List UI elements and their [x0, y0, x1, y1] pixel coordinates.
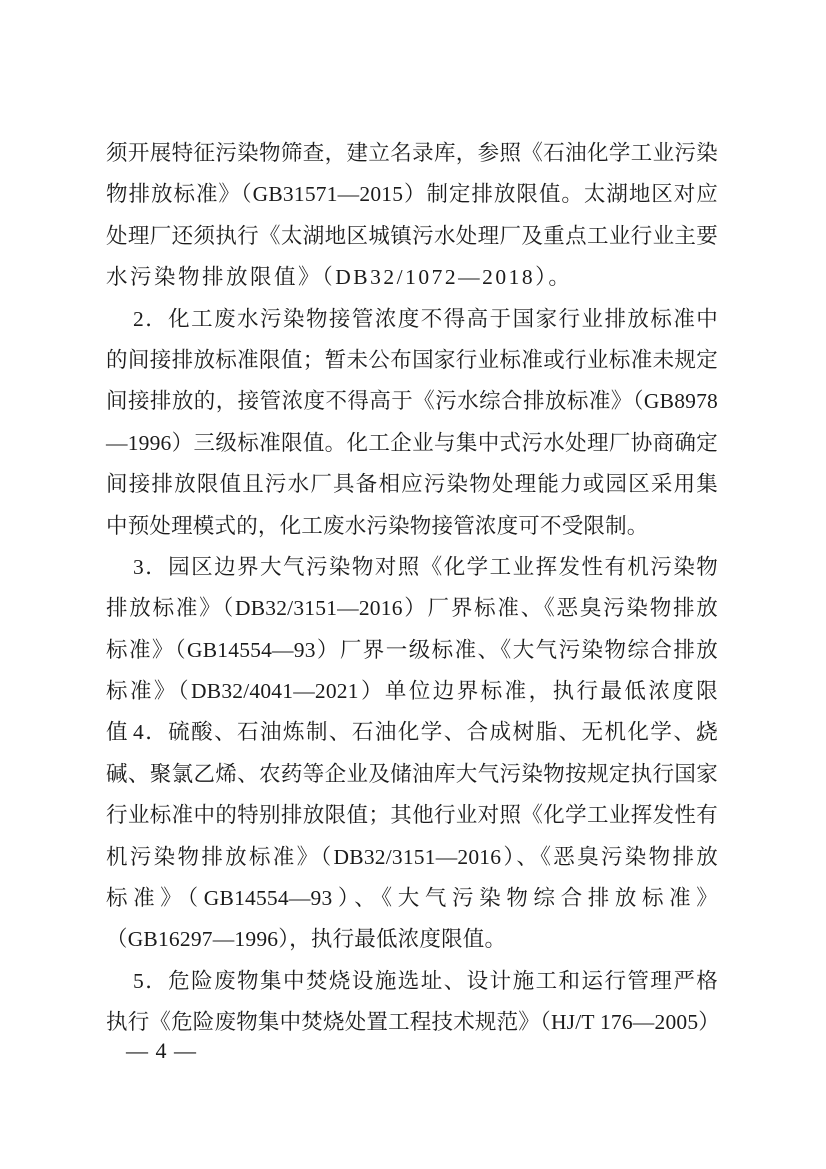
text-line: 水污染物排放限值》（DB32/1072—2018）。	[106, 257, 718, 298]
page-number: — 4 —	[126, 1038, 197, 1064]
document-body-text: 须开展特征污染物筛查，建立名录库，参照《石油化学工业污染 物排放标准》（GB31…	[106, 133, 718, 1044]
paragraph-item-4: 4．硫酸、石油炼制、石油化学、合成树脂、无机化学、烧 碱、聚氯乙烯、农药等企业及…	[106, 712, 718, 960]
text-line: 机污染物排放标准》（DB32/3151—2016）、《恶臭污染物排放	[106, 837, 718, 878]
paragraph-item-2: 2．化工废水污染物接管浓度不得高于国家行业排放标准中 的间接排放标准限值；暂未公…	[106, 299, 718, 547]
text-line: 标准》（GB14554—93）厂界一级标准、《大气污染物综合排放	[106, 630, 718, 671]
text-line: 标准》（GB14554—93）、《大气污染物综合排放标准》	[106, 878, 718, 919]
text-line: 物排放标准》（GB31571—2015）制定排放限值。太湖地区对应	[106, 174, 718, 215]
text-line: 执行《危险废物集中焚烧处置工程技术规范》（HJ/T 176—2005）	[106, 1002, 718, 1043]
text-line: 间接排放限值且污水厂具备相应污染物处理能力或园区采用集	[106, 464, 718, 505]
text-line: 4．硫酸、石油炼制、石油化学、合成树脂、无机化学、烧	[106, 712, 718, 753]
text-line: 排放标准》（DB32/3151—2016）厂界标准、《恶臭污染物排放	[106, 588, 718, 629]
document-page: 须开展特征污染物筛查，建立名录库，参照《石油化学工业污染 物排放标准》（GB31…	[0, 0, 826, 1169]
text-line: 标准》（DB32/4041—2021）单位边界标准，执行最低浓度限值。	[106, 671, 718, 712]
paragraph-item-5: 5．危险废物集中焚烧设施选址、设计施工和运行管理严格 执行《危险废物集中焚烧处置…	[106, 961, 718, 1044]
text-line: 碱、聚氯乙烯、农药等企业及储油库大气污染物按规定执行国家	[106, 754, 718, 795]
text-line: 中预处理模式的，化工废水污染物接管浓度可不受限制。	[106, 506, 718, 547]
text-line: 的间接排放标准限值；暂未公布国家行业标准或行业标准未规定	[106, 340, 718, 381]
text-line: 间接排放的，接管浓度不得高于《污水综合排放标准》（GB8978	[106, 381, 718, 422]
text-line: 5．危险废物集中焚烧设施选址、设计施工和运行管理严格	[106, 961, 718, 1002]
text-line: 处理厂还须执行《太湖地区城镇污水处理厂及重点工业行业主要	[106, 216, 718, 257]
text-line: 行业标准中的特别排放限值；其他行业对照《化学工业挥发性有	[106, 795, 718, 836]
text-line: （GB16297—1996），执行最低浓度限值。	[106, 919, 718, 960]
text-line: 2．化工废水污染物接管浓度不得高于国家行业排放标准中	[106, 299, 718, 340]
text-line: 3．园区边界大气污染物对照《化学工业挥发性有机污染物	[106, 547, 718, 588]
paragraph-continuation: 须开展特征污染物筛查，建立名录库，参照《石油化学工业污染 物排放标准》（GB31…	[106, 133, 718, 299]
paragraph-item-3: 3．园区边界大气污染物对照《化学工业挥发性有机污染物 排放标准》（DB32/31…	[106, 547, 718, 713]
text-line: 须开展特征污染物筛查，建立名录库，参照《石油化学工业污染	[106, 133, 718, 174]
text-line: —1996）三级标准限值。化工企业与集中式污水处理厂协商确定	[106, 423, 718, 464]
